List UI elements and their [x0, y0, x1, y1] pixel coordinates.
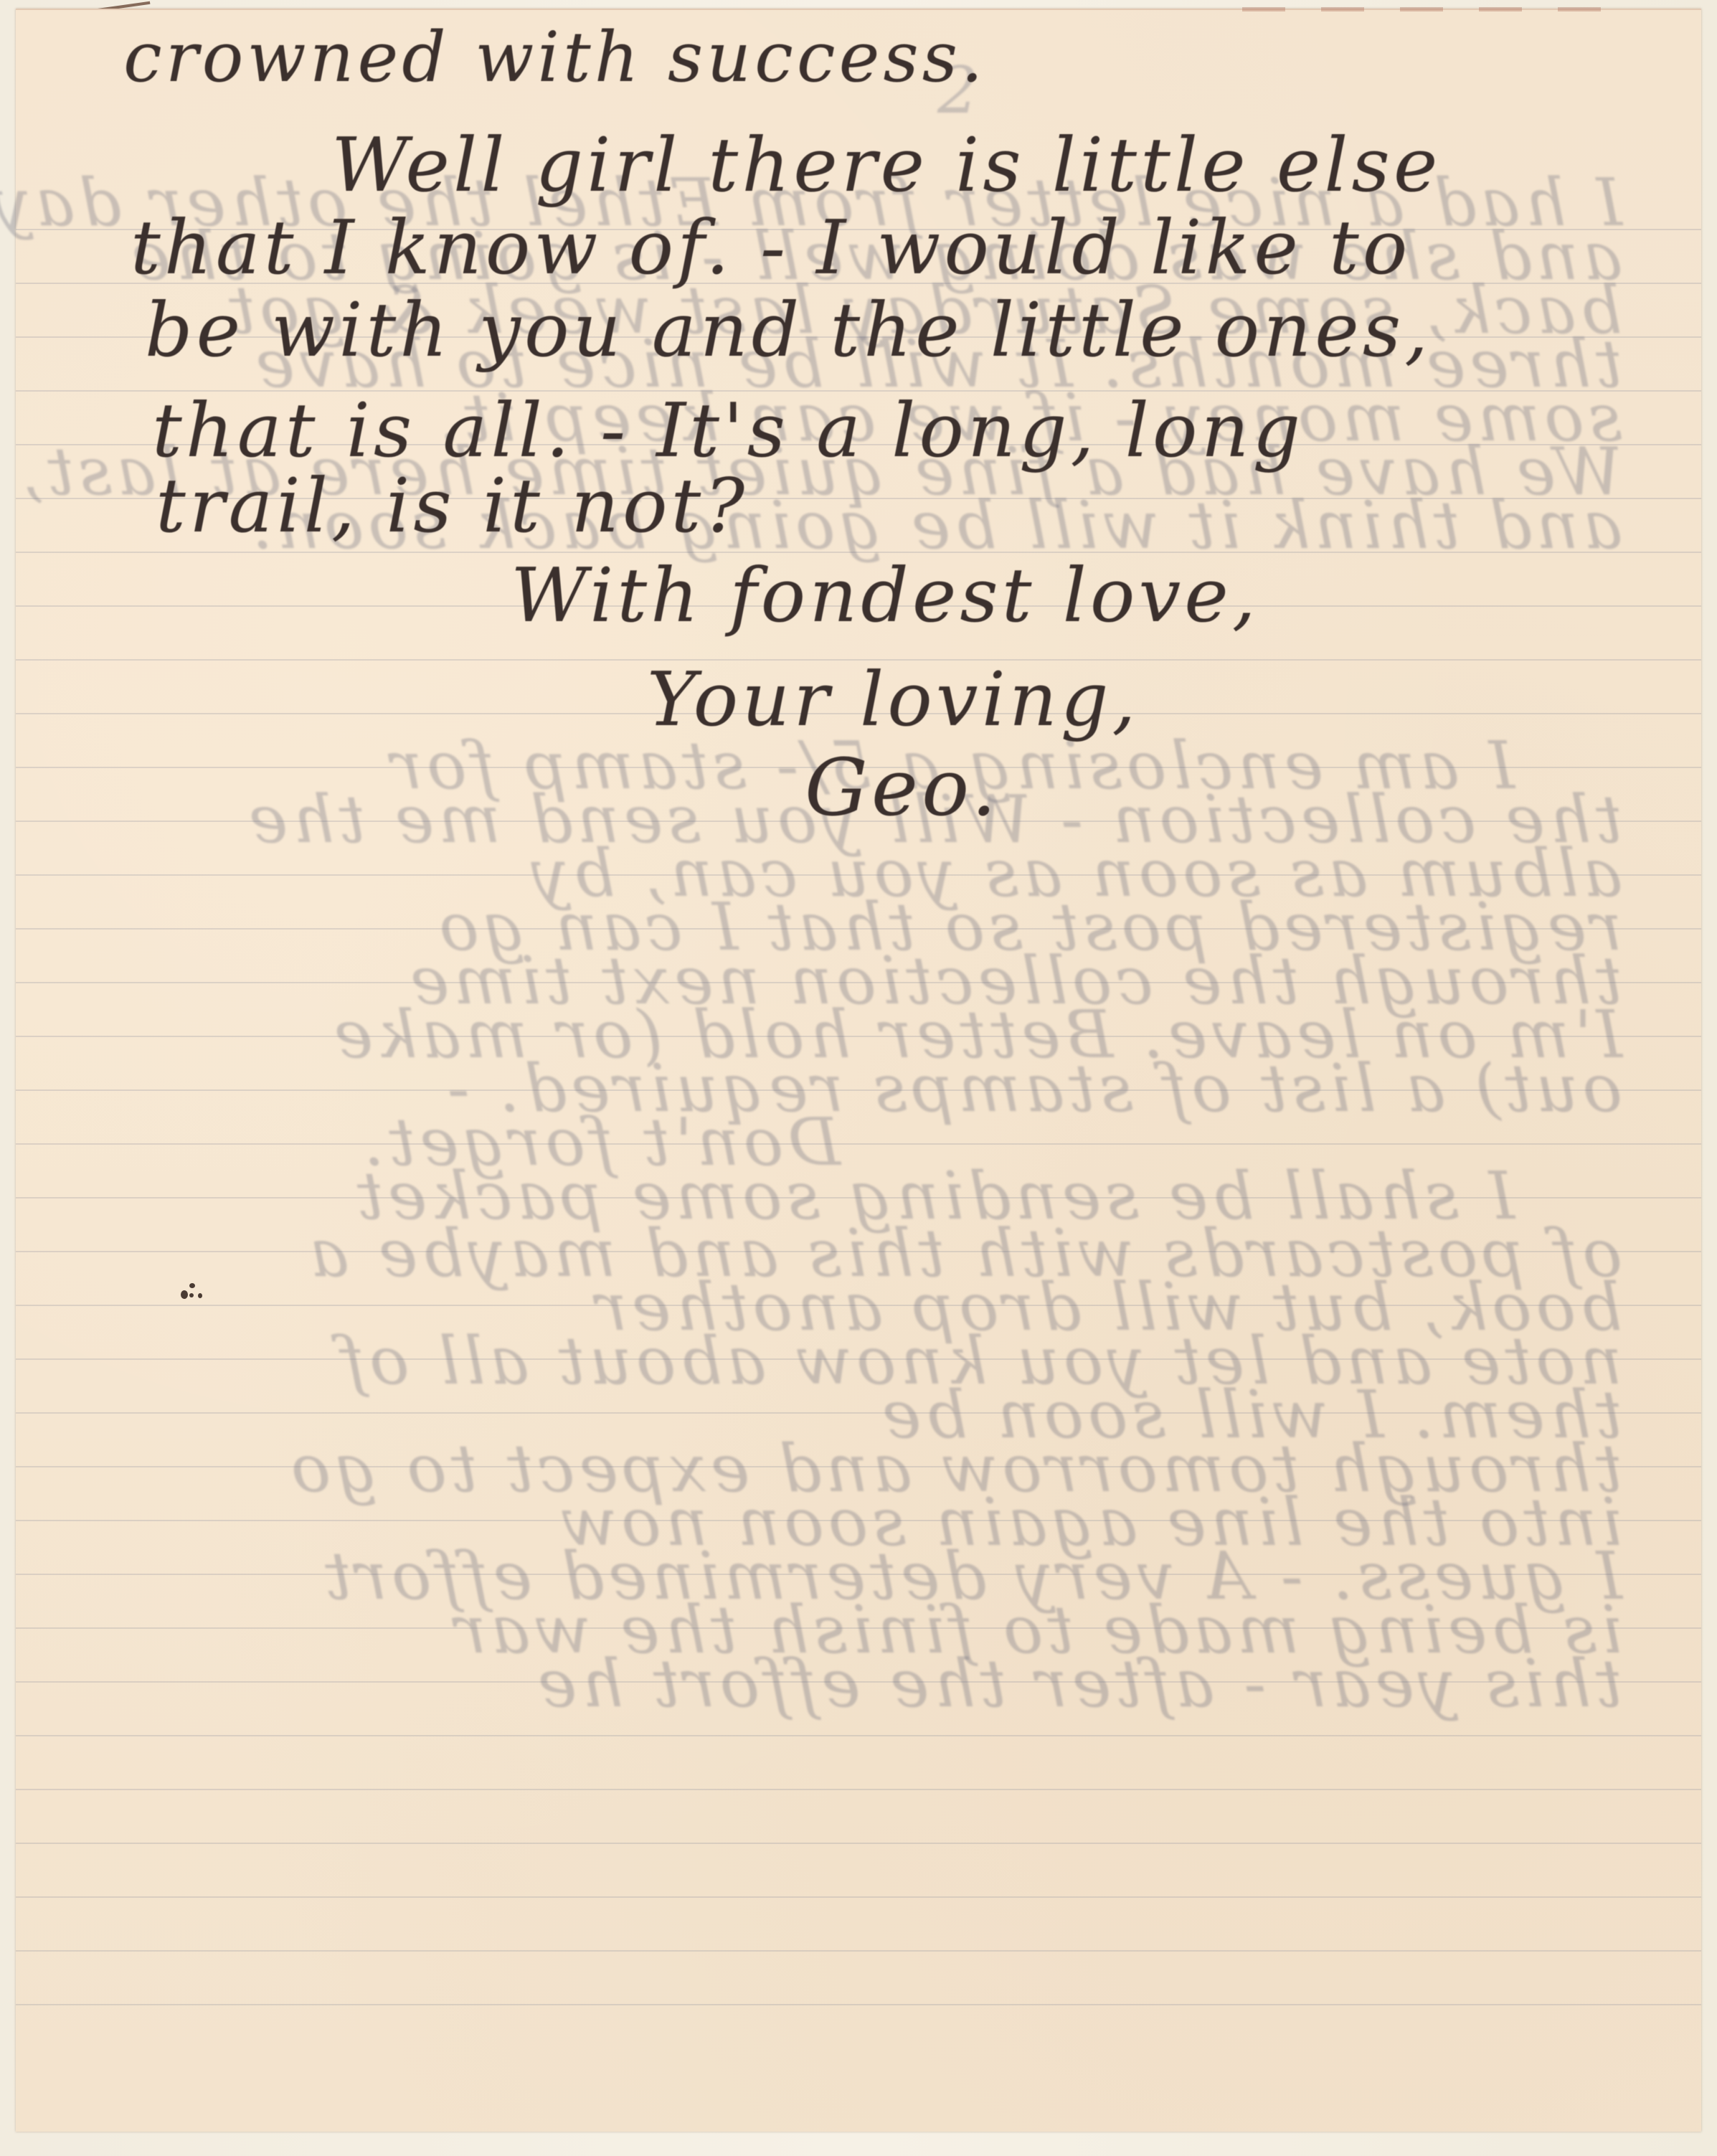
- bleed-line: through the collection next time: [95, 942, 1622, 1019]
- bleed-line: this year - after the effort he: [95, 1645, 1622, 1722]
- ruled-line: [16, 1896, 1701, 1898]
- letter-line: Well girl there is little else: [331, 121, 1441, 209]
- ruled-line: [16, 1036, 1701, 1037]
- letter-page: 2 I had a nice letter from Ethel the oth…: [16, 9, 1701, 2132]
- closing-salutation: With fondest love,: [511, 552, 1259, 639]
- ruled-line: [16, 982, 1701, 983]
- letter-line: that is all. - It's a long, long: [152, 387, 1304, 474]
- letter-line: crowned with success.: [123, 17, 987, 98]
- ruled-line: [16, 2004, 1701, 2005]
- bleed-line: registered post so that I can go: [95, 889, 1622, 965]
- bleed-line: I shall be sending some packet: [95, 1158, 1515, 1234]
- bleed-line: into the line again soon now: [95, 1484, 1622, 1561]
- ruled-line: [16, 1950, 1701, 1952]
- ruled-line: [16, 1089, 1701, 1091]
- bleed-line: Don't forget.: [95, 1104, 841, 1181]
- ruled-line: [16, 928, 1701, 930]
- bleed-line: album as soon as you can, by: [95, 835, 1622, 912]
- paper-edge-stain: [1242, 7, 1615, 11]
- bleed-line: I'm on leave. Better hold (or make: [95, 996, 1622, 1073]
- ruled-line: [16, 1574, 1701, 1575]
- bleed-line: is being made to finish the war: [95, 1592, 1622, 1668]
- ruled-line: [16, 874, 1701, 876]
- ruled-line: [16, 1681, 1701, 1683]
- bleed-line: out) a list of stamps required. -: [95, 1050, 1622, 1127]
- letter-line: that I know of. - I would like to: [131, 204, 1411, 291]
- ruled-line: [16, 1843, 1701, 1844]
- ruled-line: [16, 1143, 1701, 1145]
- bleed-line: through tomorrow and expect to go: [95, 1430, 1622, 1507]
- bleed-line: them. I will soon be: [95, 1376, 1622, 1453]
- ruled-line: [16, 1412, 1701, 1414]
- ruled-line: [16, 1466, 1701, 1467]
- letter-line: trail, is it not?: [156, 462, 748, 549]
- ruled-line: [16, 1197, 1701, 1198]
- ruled-line: [16, 1358, 1701, 1360]
- closing-valediction: Your loving,: [647, 656, 1140, 743]
- ruled-line: [16, 1735, 1701, 1736]
- ruled-line: [16, 1305, 1701, 1306]
- signature: Geo.: [805, 742, 1000, 833]
- bleed-line: note and let you know about all of: [95, 1323, 1622, 1399]
- ink-blot: [181, 1283, 202, 1302]
- bleed-line: of postcards with this and maybe a: [95, 1215, 1622, 1292]
- bleed-line: I guess. - A very determined effort: [95, 1538, 1622, 1614]
- bleed-line: book, but will drop another: [95, 1269, 1622, 1346]
- ruled-line: [16, 1627, 1701, 1629]
- ruled-line: [16, 1789, 1701, 1790]
- ruled-line: [16, 1520, 1701, 1521]
- ruled-line: [16, 1251, 1701, 1252]
- letter-line: be with you and the little ones,: [145, 286, 1432, 374]
